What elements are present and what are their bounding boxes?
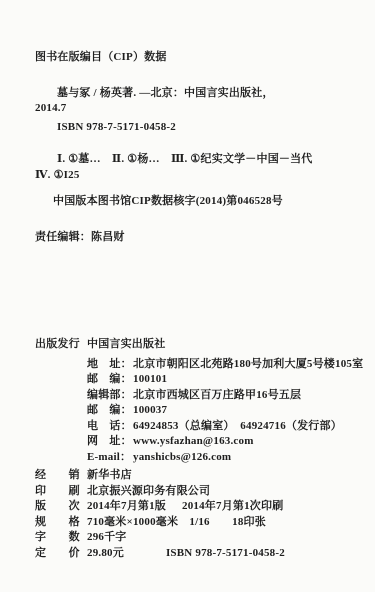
detail-label: 地 址： (87, 357, 133, 373)
classification-line-2: Ⅳ. ①I25 (35, 168, 347, 184)
editor-label: 责任编辑： (35, 231, 91, 243)
detail-value: www.ysfazhan@163.com (133, 434, 254, 450)
publisher-detail-row: 地 址： 北京市朝阳区北苑路180号加利大厦5号楼105室 (87, 357, 347, 373)
publisher-detail-row: 网 址： www.ysfazhan@163.com (87, 434, 347, 450)
row-label: 印 刷 (35, 484, 87, 500)
detail-value: 100101 (133, 372, 167, 388)
detail-value: 北京市西城区百万庄路甲16号五层 (133, 388, 301, 404)
row-value: 296千字 (87, 530, 127, 546)
detail-value: 100037 (133, 403, 167, 419)
detail-label: E-mail： (87, 450, 133, 466)
detail-label: 编辑部： (87, 388, 133, 404)
classification-line-1: Ⅰ. ①墓… Ⅱ. ①杨… Ⅲ. ①纪实文学－中国－当代 (35, 152, 347, 168)
row-label: 版 次 (35, 499, 87, 515)
detail-value: 北京市朝阳区北苑路180号加利大厦5号楼105室 (133, 357, 363, 373)
cip-year-line: 2014.7 (35, 101, 347, 117)
print-info-row: 经 销 新华书店 (35, 468, 347, 484)
publication-block: 出版发行 中国言实出版社 地 址： 北京市朝阳区北苑路180号加利大厦5号楼10… (35, 337, 347, 561)
publisher-details: 地 址： 北京市朝阳区北苑路180号加利大厦5号楼105室 邮 编： 10010… (87, 357, 347, 466)
cip-record-number: 中国版本图书馆CIP数据核字(2014)第046528号 (35, 194, 347, 210)
detail-label: 邮 编： (87, 372, 133, 388)
publisher-label: 出版发行 (35, 337, 87, 353)
row-label: 定 价 (35, 546, 87, 562)
publisher-detail-row: 编辑部： 北京市西城区百万庄路甲16号五层 (87, 388, 347, 404)
classification-block: Ⅰ. ①墓… Ⅱ. ①杨… Ⅲ. ①纪实文学－中国－当代 Ⅳ. ①I25 (35, 152, 347, 183)
row-value: 北京振兴源印务有限公司 (87, 484, 210, 500)
row-value: 29.80元 (87, 546, 124, 562)
copyright-page: 图书在版编目（CIP）数据 墓与冢 / 杨英著. —北京：中国言实出版社， 20… (0, 0, 375, 592)
detail-label: 邮 编： (87, 403, 133, 419)
print-info-row: 定 价 29.80元 ISBN 978-7-5171-0458-2 (35, 546, 347, 562)
detail-label: 网 址： (87, 434, 133, 450)
publisher-row: 出版发行 中国言实出版社 (35, 337, 347, 353)
row-value: 710毫米×1000毫米 1/16 18印张 (87, 515, 266, 531)
row-value: 新华书店 (87, 468, 132, 484)
isbn-top: ISBN 978-7-5171-0458-2 (35, 120, 347, 136)
detail-value: yanshicbs@126.com (133, 450, 231, 466)
print-info-rows: 经 销 新华书店 印 刷 北京振兴源印务有限公司 版 次 2014年7月第1版 … (35, 468, 347, 561)
detail-value: 64924853（总编室） 64924716（发行部） (133, 419, 342, 435)
cip-header: 图书在版编目（CIP）数据 (35, 50, 347, 66)
cip-title-line: 墓与冢 / 杨英著. —北京：中国言实出版社， (35, 86, 347, 102)
cip-entry: 墓与冢 / 杨英著. —北京：中国言实出版社， 2014.7 ISBN 978-… (35, 86, 347, 136)
row-value: 2014年7月第1版 (87, 499, 166, 515)
publisher-detail-row: E-mail： yanshicbs@126.com (87, 450, 347, 466)
editor-line: 责任编辑：陈昌财 (35, 230, 347, 246)
row-label: 字 数 (35, 530, 87, 546)
row-label: 规 格 (35, 515, 87, 531)
publisher-detail-row: 邮 编： 100037 (87, 403, 347, 419)
editor-name: 陈昌财 (91, 231, 125, 243)
publisher-detail-row: 邮 编： 100101 (87, 372, 347, 388)
print-info-row: 字 数 296千字 (35, 530, 347, 546)
print-info-row: 规 格 710毫米×1000毫米 1/16 18印张 (35, 515, 347, 531)
row-extra: ISBN 978-7-5171-0458-2 (166, 546, 285, 562)
row-label: 经 销 (35, 468, 87, 484)
detail-label: 电 话： (87, 419, 133, 435)
publisher-detail-row: 电 话： 64924853（总编室） 64924716（发行部） (87, 419, 347, 435)
row-extra: 2014年7月第1次印刷 (182, 499, 283, 515)
print-info-row: 印 刷 北京振兴源印务有限公司 (35, 484, 347, 500)
publisher-name: 中国言实出版社 (87, 337, 165, 353)
print-info-row: 版 次 2014年7月第1版 2014年7月第1次印刷 (35, 499, 347, 515)
